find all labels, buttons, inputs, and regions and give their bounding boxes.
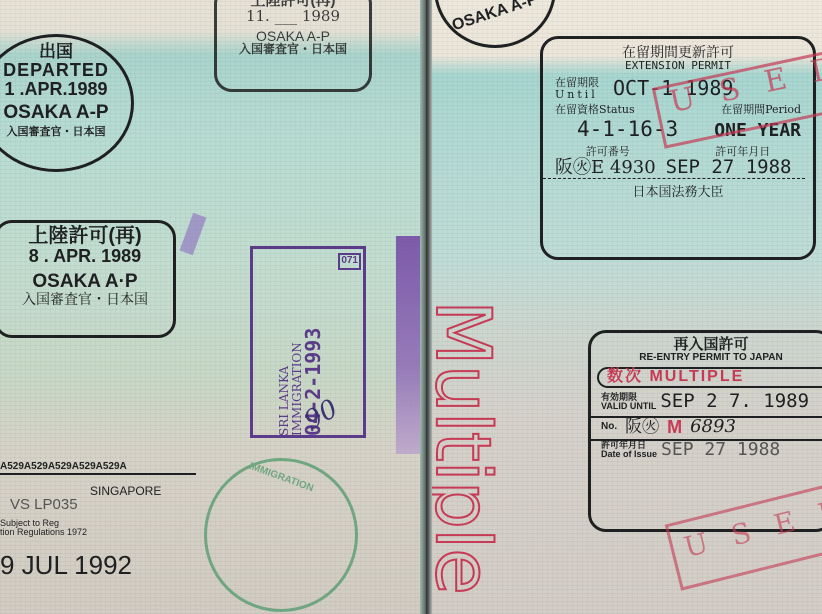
departed-footer: 入国審査官・日本国: [0, 127, 131, 139]
singapore-serial-band: A529A529A529A529A529A: [0, 462, 196, 475]
departed-date: 1 .APR.1989: [0, 80, 131, 99]
landing-top-date: 11. ___ 1989: [217, 9, 369, 25]
reentry-kind-jp: 数次: [607, 368, 643, 385]
singapore-line2: tion Regulations 1972: [0, 528, 196, 537]
issue-date: SEP 27 1988: [661, 441, 780, 460]
page-gutter: [420, 0, 432, 614]
valid-date: SEP 2 7. 1989: [660, 392, 809, 412]
no-prefix: M: [667, 418, 682, 437]
until-label-en: Until: [555, 89, 599, 101]
multiple-text: Multiple: [432, 300, 508, 594]
departed-place: OSAKA A-P: [0, 103, 131, 123]
left-passport-page: 出国 DEPARTED 1 .APR.1989 OSAKA A-P 入国審査官・…: [0, 0, 420, 614]
permit-no: 阪㊋E 4930: [555, 159, 656, 178]
landing-permit-stamp-top: 上陸許可(再) 11. ___ 1989 OSAKA A-P 入国審査官・日本国: [214, 0, 372, 92]
landing-top-place: OSAKA A-P: [217, 29, 369, 44]
sri-lanka-immigration-stamp: SRI LANKA IMMIGRATION 04-2-1993 071 90: [250, 246, 366, 438]
purple-ink-smudge: [396, 236, 420, 454]
reentry-kind-en: MULTIPLE: [649, 368, 744, 385]
reentry-title-jp: 再入国許可: [591, 337, 822, 353]
landing-footer: 入国審査官・日本国: [0, 292, 173, 307]
green-round-stamp: IMMIGRATION: [204, 458, 358, 612]
singapore-pass-code: VS LP035: [0, 497, 196, 513]
landing-date: 8 . APR. 1989: [0, 247, 173, 266]
extension-footer: 日本国法務大臣: [543, 185, 813, 199]
singapore-stamp: A529A529A529A529A529A SINGAPORE VS LP035…: [0, 462, 196, 612]
landing-place: OSAKA A·P: [0, 272, 173, 292]
issue-label-en: Date of Issue: [601, 450, 657, 459]
sri-lanka-code: 071: [338, 253, 361, 270]
reentry-title-en: RE-ENTRY PERMIT TO JAPAN: [591, 353, 822, 364]
status-label: 在留資格Status: [555, 104, 635, 116]
sri-lanka-line1: SRI LANKA: [278, 250, 291, 436]
no-office: 阪㊋: [625, 419, 659, 437]
landing-permit-stamp: 上陸許可(再) 8 . APR. 1989 OSAKA A·P 入国審査官・日本…: [0, 220, 176, 338]
singapore-date: 9 JUL 1992: [0, 552, 196, 579]
departed-title-jp: 出国: [0, 43, 131, 61]
multiple-vertical-stamp: Multiple: [432, 300, 508, 600]
right-passport-page: OSAKA A-P 在留期間更新許可 EXTENSION PERMIT 在留期限…: [432, 0, 822, 614]
valid-label-en: VALID UNTIL: [601, 402, 656, 411]
departed-title-en: DEPARTED: [0, 61, 131, 80]
no-value: 6893: [690, 418, 736, 437]
permit-date: SEP 27 1988: [666, 158, 792, 178]
landing-top-footer: 入国審査官・日本国: [217, 43, 369, 56]
landing-title: 上陸許可(再): [0, 226, 173, 247]
extension-title-jp: 在留期間更新許可: [543, 45, 813, 60]
no-label: No.: [601, 422, 617, 433]
